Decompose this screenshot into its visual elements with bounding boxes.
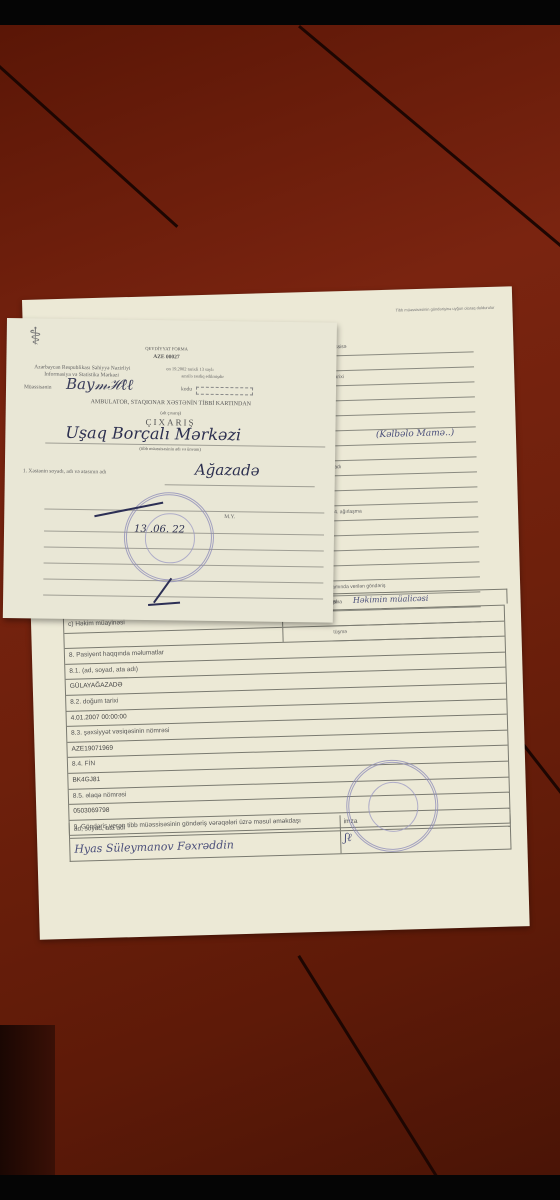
row-text: GÜLAYAĞAZADƏ [70,682,123,690]
row-text: 8.2. doğum tarixi [70,697,118,705]
column-divider [282,627,286,642]
top-note: Tibb müəssisəsinin göndərişinə uyğun ola… [374,305,494,314]
patient-name-label: 1. Xəstənin soyadı, adı və atasının adı [23,468,106,475]
row-text: 8.5. əlaqə nömrəsi [73,791,127,799]
emblem-icon: ⚕ [29,322,42,351]
floor-seam [298,25,560,272]
form-number: AZE 00027 [96,353,236,361]
row-text: 0503069798 [73,807,109,815]
signer-name-handwritten: Hyas Süleymanov Fəxrəddin [74,838,234,855]
code-boxes [196,387,253,396]
patient-name-handwritten: Ağazadə [195,461,260,480]
row-text: 8.3. şəxsiyyət vəsiqəsinin nömrəsi [71,727,169,737]
seal-label: M.Y. [224,514,235,520]
field-value: Həkimin müalicəsi [353,594,429,605]
floor-seam [297,955,437,1175]
extract-source: AMBULATOR, STAQIONAR XƏSTƏNİN TİBBİ KART… [6,398,336,409]
head-signature: Bay𝓂ℋℓℓ [66,375,133,395]
signer-label: ad, soyad, ata adı [74,824,126,832]
form-line [43,595,323,600]
row-text: AZE19071969 [71,744,113,752]
official-seal-stamp [123,492,214,583]
signature-scribble: ʃℓ [344,831,352,844]
floor-seam [0,65,178,228]
patient-info-table: c) Həkim müayinəsi8. Pasiyent haqqında m… [63,605,511,837]
form-line [165,484,315,487]
approval-line: on 19.2002 tarixli 13 saylı [166,366,213,372]
institution-handwritten: Uşaq Borçalı Mərkəzi [65,423,241,444]
row-text: c) Həkim müayinəsi [68,619,125,628]
extract-certificate-sheet: ⚕ QEYDİYYAT FORMA AZE 00027 Azərbaycan R… [3,318,337,623]
institution-label: Müəssisənin [24,384,52,390]
row-text: BK4GJ81 [72,776,100,784]
row-text: 8.1. (ad, soyad, ata adı) [69,666,138,675]
row-text: 8. Pasiyent haqqında məlumatlar [69,649,164,659]
approval-line: əmrilə təsdiq edilmişdir [181,373,224,379]
row-text: 4.01.2007 00:00:00 [71,713,127,722]
form-code: QEYDİYYAT FORMA [97,345,237,352]
row-text: 8.4. FİN [72,760,95,768]
code-label: kodu [181,386,192,392]
shadow [0,1025,55,1175]
